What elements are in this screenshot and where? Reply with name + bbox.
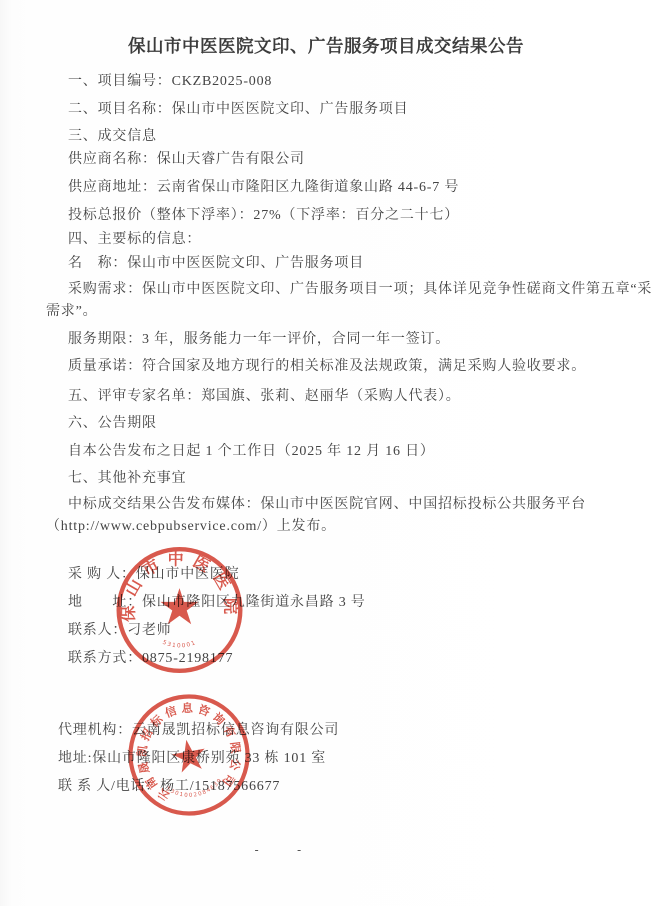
document-title: 保山市中医医院文印、广告服务项目成交结果公告 xyxy=(0,33,652,58)
agency-official-seal: 云南晟凯招标信息咨询有限公司 5301002084639 xyxy=(114,674,265,836)
line-other-heading: 七、其他补充事宜 xyxy=(0,469,652,489)
line-notice-period: 自本公告发布之日起 1 个工作日（2025 年 12 月 16 日） xyxy=(0,442,652,462)
line-notice-period-heading: 六、公告期限 xyxy=(0,414,652,434)
line-service-period: 服务期限：3 年，服务能力一年一评价，合同一年一签订。 xyxy=(0,330,652,350)
line-agency-address: 地址:保山市隆阳区康桥别苑 33 栋 101 室 xyxy=(0,749,652,769)
line-purchaser-address: 地 址：保山市隆阳区九隆街道永昌路 3 号 xyxy=(0,593,652,613)
hospital-official-seal: 保山市中医医院 5310001 xyxy=(113,542,246,678)
line-agency-contact: 联 系 人/电话：杨工/15187566677 xyxy=(0,777,652,797)
line-award-info-heading: 三、成交信息 xyxy=(0,127,652,147)
line-purchaser: 采 购 人：保山市中医医院 xyxy=(0,565,652,585)
line-project-name: 二、项目名称：保山市中医医院文印、广告服务项目 xyxy=(0,100,652,120)
seal-code: 5301002084639 xyxy=(164,776,226,803)
line-procurement-demand: 采购需求：保山市中医医院文印、广告服务项目一项；具体详见竞争性磋商文件第五章“采… xyxy=(0,280,652,300)
line-publish-media-2: （http://www.cebpubservice.com/）上发布。 xyxy=(0,517,652,537)
seal-star-icon xyxy=(170,737,208,774)
line-purchaser-contact: 联系人：刁老师 xyxy=(0,621,652,641)
line-agency-name: 代理机构：云南晟凯招标信息咨询有限公司 xyxy=(0,721,652,741)
seal-code: 5310001 xyxy=(162,640,198,650)
line-supplier-address: 供应商地址：云南省保山市隆阳区九隆街道象山路 44-6-7 号 xyxy=(0,178,652,198)
line-subject-name: 名 称：保山市中医医院文印、广告服务项目 xyxy=(0,254,652,274)
line-project-number: 一、项目编号：CKZB2025-008 xyxy=(0,72,652,92)
page-number-footer: - - xyxy=(253,843,317,857)
line-supplier-name: 供应商名称：保山天睿广告有限公司 xyxy=(0,150,652,170)
line-expert-list: 五、评审专家名单：郑国旗、张莉、赵丽华（采购人代表）。 xyxy=(0,387,652,407)
document-page: 保山市中医医院文印、广告服务项目成交结果公告 一、项目编号：CKZB2025-0… xyxy=(0,0,652,906)
line-publish-media: 中标成交结果公告发布媒体：保山市中医医院官网、中国招标投标公共服务平台 xyxy=(0,495,652,515)
line-bid-price: 投标总报价（整体下浮率）：27%（下浮率：百分之二十七） xyxy=(0,206,652,226)
seal-star-icon xyxy=(161,588,199,624)
line-subject-heading: 四、主要标的信息： xyxy=(0,230,652,250)
line-procurement-demand-2: 需求”。 xyxy=(0,302,652,322)
line-purchaser-phone: 联系方式：0875-2198177 xyxy=(0,649,652,669)
line-quality-promise: 质量承诺：符合国家及地方现行的相关标准及法规政策，满足采购人验收要求。 xyxy=(0,357,652,377)
